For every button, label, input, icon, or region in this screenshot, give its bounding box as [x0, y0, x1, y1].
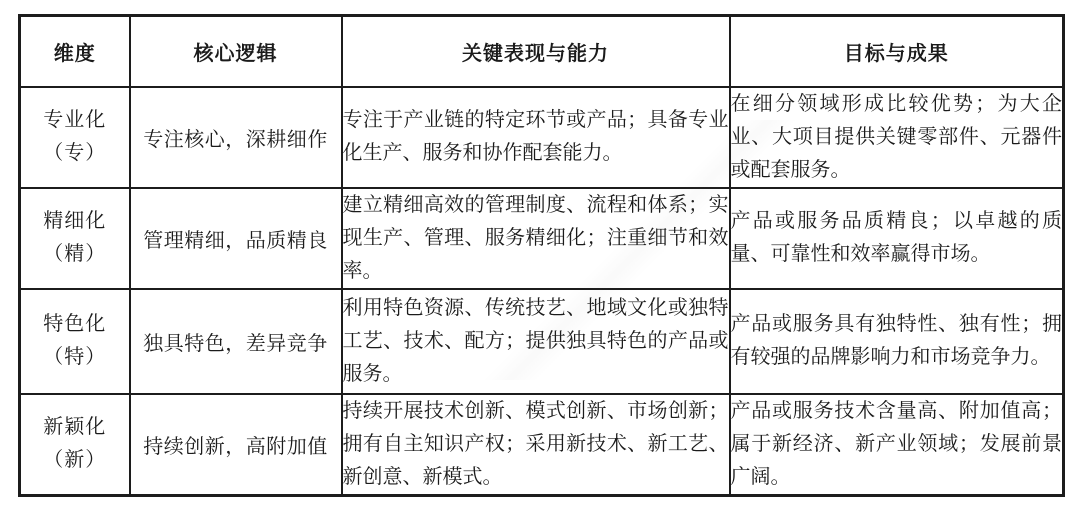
table-row: 精细化 （精） 管理精细，品质精良 建立精细高效的管理制度、流程和体系；实现生产… — [20, 188, 1064, 289]
table-row: 特色化 （特） 独具特色，差异竞争 利用特色资源、传统技艺、地域文化或独特工艺、… — [20, 289, 1064, 394]
col-header-key-performance: 关键表现与能力 — [342, 16, 730, 87]
dimension-abbr: （特） — [21, 341, 129, 374]
dimension-abbr: （新） — [21, 444, 129, 477]
dimension-abbr: （精） — [21, 238, 129, 271]
col-header-goals: 目标与成果 — [730, 16, 1064, 87]
cell-core-logic: 独具特色，差异竞争 — [130, 289, 342, 394]
dimension-name: 专业化 — [21, 104, 129, 137]
cell-key-performance: 专注于产业链的特定环节或产品；具备专业化生产、服务和协作配套能力。 — [342, 87, 730, 188]
cell-goals: 产品或服务技术含量高、附加值高；属于新经济、新产业领域；发展前景广阔。 — [730, 394, 1064, 496]
cell-dimension: 专业化 （专） — [20, 87, 130, 188]
cell-key-performance: 利用特色资源、传统技艺、地域文化或独特工艺、技术、配方；提供独具特色的产品或服务… — [342, 289, 730, 394]
cell-core-logic: 专注核心，深耕细作 — [130, 87, 342, 188]
table-row: 专业化 （专） 专注核心，深耕细作 专注于产业链的特定环节或产品；具备专业化生产… — [20, 87, 1064, 188]
cell-goals: 在细分领域形成比较优势；为大企业、大项目提供关键零部件、元器件或配套服务。 — [730, 87, 1064, 188]
cell-dimension: 新颖化 （新） — [20, 394, 130, 496]
table-row: 新颖化 （新） 持续创新，高附加值 持续开展技术创新、模式创新、市场创新；拥有自… — [20, 394, 1064, 496]
cell-dimension: 特色化 （特） — [20, 289, 130, 394]
dimension-abbr: （专） — [21, 137, 129, 170]
document-sheet: 维度 核心逻辑 关键表现与能力 目标与成果 专业化 （专） 专注核心，深耕细作 … — [0, 0, 1080, 521]
cell-core-logic: 持续创新，高附加值 — [130, 394, 342, 496]
table-header-row: 维度 核心逻辑 关键表现与能力 目标与成果 — [20, 16, 1064, 87]
cell-goals: 产品或服务具有独特性、独有性；拥有较强的品牌影响力和市场竞争力。 — [730, 289, 1064, 394]
cell-core-logic: 管理精细，品质精良 — [130, 188, 342, 289]
cell-key-performance: 持续开展技术创新、模式创新、市场创新；拥有自主知识产权；采用新技术、新工艺、新创… — [342, 394, 730, 496]
col-header-core-logic: 核心逻辑 — [130, 16, 342, 87]
dimension-name: 特色化 — [21, 308, 129, 341]
dimensions-table: 维度 核心逻辑 关键表现与能力 目标与成果 专业化 （专） 专注核心，深耕细作 … — [18, 14, 1065, 497]
cell-dimension: 精细化 （精） — [20, 188, 130, 289]
cell-key-performance: 建立精细高效的管理制度、流程和体系；实现生产、管理、服务精细化；注重细节和效率。 — [342, 188, 730, 289]
dimension-name: 精细化 — [21, 205, 129, 238]
cell-goals: 产品或服务品质精良；以卓越的质量、可靠性和效率赢得市场。 — [730, 188, 1064, 289]
dimension-name: 新颖化 — [21, 411, 129, 444]
col-header-dimension: 维度 — [20, 16, 130, 87]
